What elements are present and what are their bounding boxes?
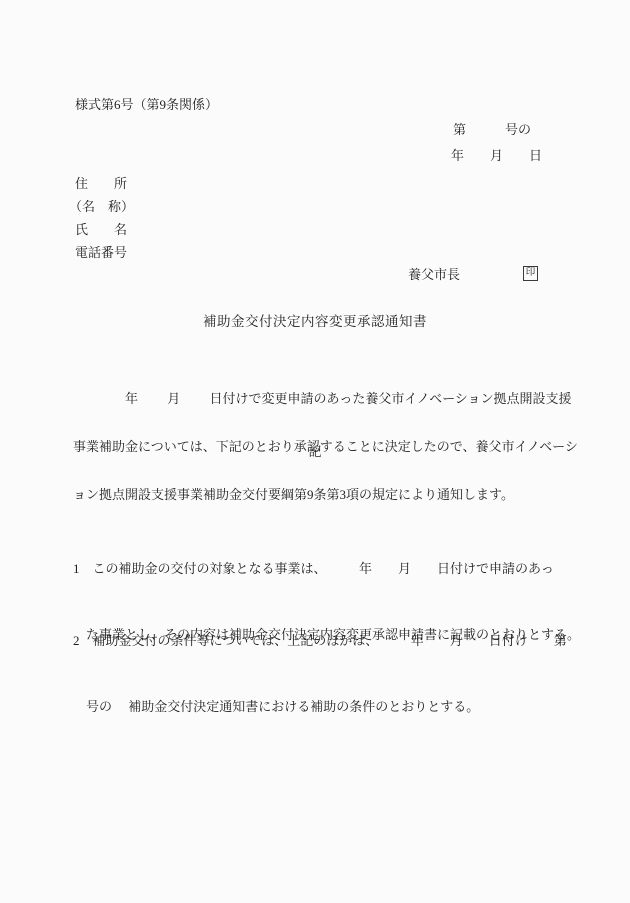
item-2-line-1: 2 補助金交付の条件等については、上記のほかは、 年 月 日付け 第 (73, 630, 567, 652)
body-paragraph-line-3: ョン拠点開設支援事業補助金交付要綱第9条第3項の規定により通知します。 (73, 487, 578, 503)
organization-name-label: （名 称） (69, 199, 134, 214)
record-marker: 記 (0, 444, 630, 459)
issue-date-line: 年 月 日 (451, 148, 542, 163)
phone-number-label: 電話番号 (75, 245, 127, 260)
document-page: 様式第6号（第9条関係） 第 号の 年 月 日 住 所 （名 称） 氏 名 電話… (0, 0, 630, 903)
form-number-label: 様式第6号（第9条関係） (75, 97, 218, 112)
person-name-label: 氏 名 (75, 222, 127, 237)
address-label: 住 所 (75, 176, 127, 191)
item-1-line-1: 1 この補助金の交付の対象となる事業は、 年 月 日付けで申請のあっ (73, 558, 580, 580)
seal-mark: 印 (523, 266, 538, 281)
body-paragraph-line-1: 年 月 日付けで変更申請のあった養父市イノベーション拠点開設支援 (73, 391, 578, 407)
reference-number-line: 第 号の (453, 122, 531, 137)
item-2: 2 補助金交付の条件等については、上記のほかは、 年 月 日付け 第 号の 補助… (73, 586, 567, 762)
mayor-title-label: 養父市長 (408, 267, 460, 282)
document-title: 補助金交付決定内容変更承認通知書 (0, 314, 630, 329)
item-2-line-2: 号の 補助金交付決定通知書における補助の条件のとおりとする。 (73, 696, 567, 718)
